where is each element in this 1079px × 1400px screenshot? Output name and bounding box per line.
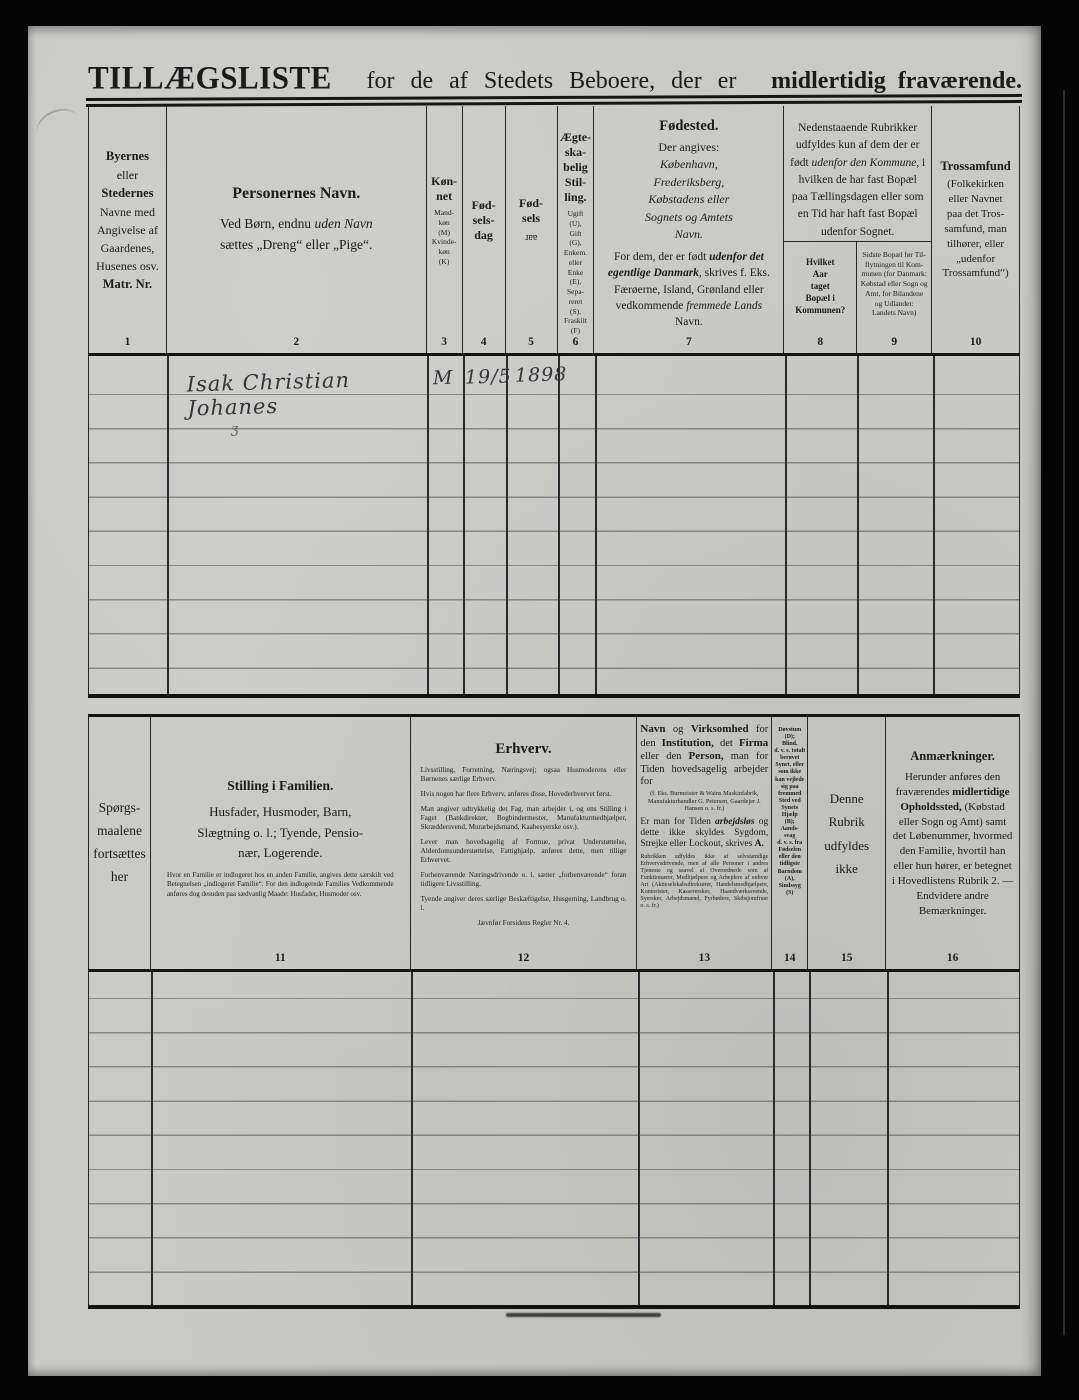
- col-number-12: 12: [411, 951, 637, 970]
- group-8-9-note: Nedenstaaende Rubrikker udfyldes kun af …: [784, 106, 931, 241]
- grid-line: [933, 356, 935, 694]
- col-number-8: 8: [784, 335, 856, 354]
- col11-title: Stilling i Familien.: [151, 778, 410, 794]
- upper-table-body: Isak Christian Johanes M 19/5 1898 ʒ: [88, 356, 1020, 698]
- col5-inverted-word: aar: [525, 232, 537, 242]
- column-header-9: Sidste Bopæl før Til- flytningen til Kom…: [856, 242, 931, 353]
- grid-line: [887, 972, 889, 1305]
- column-header-7: Fødested. Der angives: København, Freder…: [593, 106, 783, 353]
- column-header-16: Anmærkninger. Herunder anføres den fravæ…: [885, 717, 1019, 969]
- grid-line: [411, 972, 413, 1305]
- column-header-4: Fød- sels- dag 4: [462, 106, 505, 353]
- grid-line: [638, 972, 640, 1305]
- lower-table-header: Spørgs- maalene fortsættes her Stilling …: [88, 717, 1020, 972]
- column-header-10: Trossamfund (Folkekirken eller Navnet pa…: [931, 106, 1019, 353]
- upper-table: Byernes eller Stedernes Navne med Angive…: [88, 106, 1020, 698]
- grid-line: [167, 356, 169, 694]
- column-header-8: Hvilket Aar taget Bopæl i Kommunen? 8: [784, 242, 856, 353]
- col4-title: Fød- sels- dag: [463, 198, 505, 243]
- col-number-5: 5: [506, 335, 557, 354]
- col16-title: Anmærkninger.: [886, 749, 1019, 764]
- col12-title: Erhverv.: [411, 741, 637, 758]
- col3-title: Køn- net: [427, 174, 462, 204]
- grid-line: [151, 972, 153, 1305]
- page-title: TILLÆGSLISTE for de af Stedets Beboere, …: [88, 60, 1022, 96]
- col1-title: Byernes: [89, 147, 166, 166]
- grid-line: [506, 356, 508, 694]
- col2-title: Personernes Navn.: [167, 185, 426, 203]
- col-number-4: 4: [463, 335, 505, 354]
- col-number-6: 6: [558, 335, 594, 354]
- col13-title: Navn og Virksomhed for den Institution, …: [637, 723, 771, 789]
- grid-line: [558, 356, 560, 694]
- scanned-page: TILLÆGSLISTE for de af Stedets Beboere, …: [28, 26, 1041, 1376]
- col-number-15: 15: [808, 951, 885, 970]
- stray-ink-mark: ʒ: [231, 422, 240, 437]
- col-number-1: 1: [89, 335, 166, 354]
- column-header-15: Denne Rubrik udfyldes ikke 15: [807, 717, 885, 969]
- col-number-14: 14: [772, 951, 807, 970]
- grid-line: [595, 356, 597, 694]
- questions-continue-label: Spørgs- maalene fortsættes her: [88, 717, 150, 969]
- lower-table-body: [88, 972, 1020, 1309]
- col-number-3: 3: [427, 335, 462, 354]
- grid-line: [463, 356, 465, 694]
- grid-line: [857, 356, 859, 694]
- entry-birthyear-handwriting: 1898: [515, 363, 568, 386]
- column-header-12: Erhverv. Livsstilling, Forretning, Nærin…: [410, 717, 637, 969]
- grid-line: [809, 972, 811, 1305]
- entry-name-handwriting: Isak Christian Johanes: [186, 366, 437, 421]
- column-header-13: Navn og Virksomhed for den Institution, …: [636, 717, 771, 969]
- census-form-scan: { "title": { "lead": "TILLÆGSLISTE", "mi…: [0, 0, 1079, 1400]
- grid-line: [785, 356, 787, 694]
- column-header-3: Køn- net Mand- køn (M) Kvinde- køn (K) 3: [426, 106, 462, 353]
- upper-table-header: Byernes eller Stedernes Navne med Angive…: [88, 106, 1020, 356]
- col6-title: Ægte- ska- belig Stil- ling.: [558, 130, 594, 205]
- column-header-6: Ægte- ska- belig Stil- ling. Ugift (U), …: [557, 106, 594, 353]
- col5-title: Fød- sels: [506, 196, 557, 226]
- pencil-mark: [31, 102, 84, 149]
- column-header-11: Stilling i Familien. Husfader, Husmoder,…: [150, 717, 410, 969]
- scan-film-line: [1063, 90, 1065, 1335]
- col-number-13: 13: [637, 951, 771, 970]
- col-number-16: 16: [886, 951, 1019, 970]
- title-middle: for de af Stedets Beboere, der er: [367, 68, 737, 95]
- column-header-1: Byernes eller Stedernes Navne med Angive…: [88, 106, 166, 353]
- col-number-2: 2: [167, 335, 426, 354]
- printer-imprint: [506, 1313, 661, 1317]
- entry-sex-handwriting: M: [433, 367, 454, 390]
- title-emphasis: midlertidig fraværende.: [771, 68, 1022, 95]
- grid-line: [773, 972, 775, 1305]
- title-lead: TILLÆGSLISTE: [88, 59, 332, 97]
- col10-title: Trossamfund: [932, 159, 1019, 174]
- entry-birthday-handwriting: 19/5: [465, 365, 512, 388]
- col-number-9: 9: [857, 335, 931, 354]
- col-number-7: 7: [594, 335, 783, 354]
- column-header-14: Døvstum (D); Blind, d. v. s. totalt berø…: [771, 717, 807, 969]
- column-header-5: Fød- sels aar 5: [505, 106, 557, 353]
- col-number-11: 11: [151, 951, 410, 970]
- lower-table: Spørgs- maalene fortsættes her Stilling …: [88, 714, 1020, 1309]
- col-number-10: 10: [932, 335, 1019, 354]
- column-header-8-9-group: Nedenstaaende Rubrikker udfyldes kun af …: [783, 106, 931, 353]
- col7-title: Fødested.: [594, 118, 783, 135]
- column-header-2: Personernes Navn. Ved Børn, endnu uden N…: [166, 106, 426, 353]
